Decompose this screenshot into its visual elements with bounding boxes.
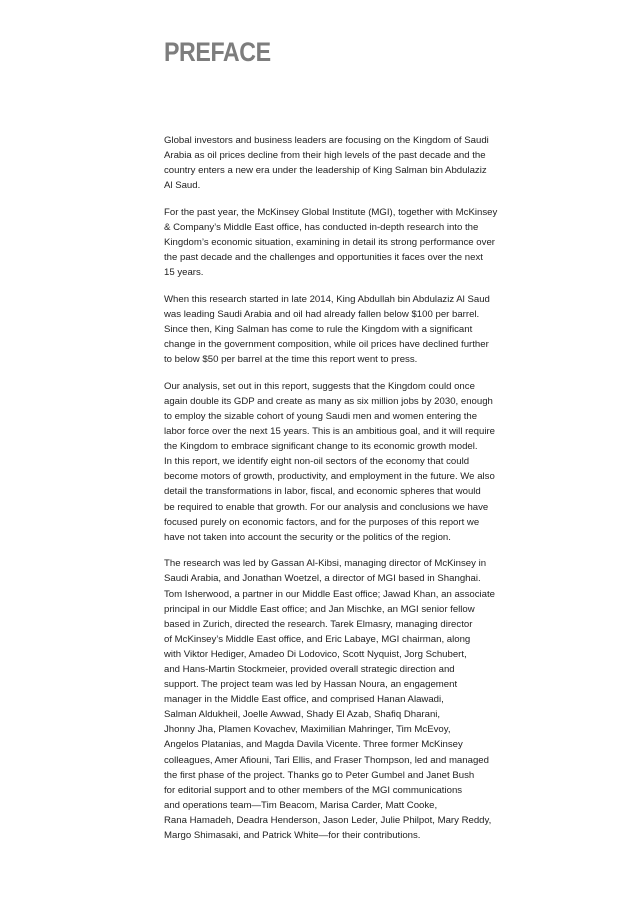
text-line: Margo Shimasaki, and Patrick White—for t… [164, 828, 524, 843]
text-line: Kingdom’s economic situation, examining … [164, 235, 524, 250]
text-line: for editorial support and to other membe… [164, 783, 524, 798]
text-line: manager in the Middle East office, and c… [164, 692, 524, 707]
paragraph-5: The research was led by Gassan Al-Kibsi,… [164, 556, 524, 843]
text-line: support. The project team was led by Has… [164, 677, 524, 692]
text-line: to below $50 per barrel at the time this… [164, 352, 524, 367]
text-line: Al Saud. [164, 178, 524, 193]
text-line: change in the government composition, wh… [164, 337, 524, 352]
text-line: Global investors and business leaders ar… [164, 133, 524, 148]
text-line: Tom Isherwood, a partner in our Middle E… [164, 587, 524, 602]
text-line: colleagues, Amer Afiouni, Tari Ellis, an… [164, 753, 524, 768]
text-line: & Company’s Middle East office, has cond… [164, 220, 524, 235]
text-line: 15 years. [164, 265, 524, 280]
paragraph-2: For the past year, the McKinsey Global I… [164, 205, 524, 280]
text-line: Angelos Platanias, and Magda Davila Vice… [164, 737, 524, 752]
text-line: focused purely on economic factors, and … [164, 515, 524, 530]
text-line: The research was led by Gassan Al-Kibsi,… [164, 556, 524, 571]
text-line: and operations team—Tim Beacom, Marisa C… [164, 798, 524, 813]
text-line: was leading Saudi Arabia and oil had alr… [164, 307, 524, 322]
text-line: become motors of growth, productivity, a… [164, 469, 524, 484]
paragraph-1: Global investors and business leaders ar… [164, 133, 524, 193]
text-line: country enters a new era under the leade… [164, 163, 524, 178]
text-line: labor force over the next 15 years. This… [164, 424, 524, 439]
text-line: Saudi Arabia, and Jonathan Woetzel, a di… [164, 571, 524, 586]
paragraph-3: When this research started in late 2014,… [164, 292, 524, 367]
preface-body: Global investors and business leaders ar… [164, 133, 524, 855]
paragraph-4: Our analysis, set out in this report, su… [164, 379, 524, 545]
text-line: be required to enable that growth. For o… [164, 500, 524, 515]
text-line: the past decade and the challenges and o… [164, 250, 524, 265]
text-line: to employ the sizable cohort of young Sa… [164, 409, 524, 424]
text-line: the Kingdom to embrace significant chang… [164, 439, 524, 454]
text-line: Our analysis, set out in this report, su… [164, 379, 524, 394]
text-line: detail the transformations in labor, fis… [164, 484, 524, 499]
text-line: For the past year, the McKinsey Global I… [164, 205, 524, 220]
page-title: PREFACE [164, 36, 271, 68]
text-line: with Viktor Hediger, Amadeo Di Lodovico,… [164, 647, 524, 662]
text-line: Rana Hamadeh, Deadra Henderson, Jason Le… [164, 813, 524, 828]
text-line: Jhonny Jha, Plamen Kovachev, Maximilian … [164, 722, 524, 737]
text-line: Arabia as oil prices decline from their … [164, 148, 524, 163]
text-line: principal in our Middle East office; and… [164, 602, 524, 617]
text-line: have not taken into account the security… [164, 530, 524, 545]
text-line: the first phase of the project. Thanks g… [164, 768, 524, 783]
text-line: Since then, King Salman has come to rule… [164, 322, 524, 337]
text-line: Salman Aldukheil, Joelle Awwad, Shady El… [164, 707, 524, 722]
text-line: In this report, we identify eight non-oi… [164, 454, 524, 469]
text-line: based in Zurich, directed the research. … [164, 617, 524, 632]
text-line: and Hans-Martin Stockmeier, provided ove… [164, 662, 524, 677]
text-line: of McKinsey’s Middle East office, and Er… [164, 632, 524, 647]
text-line: again double its GDP and create as many … [164, 394, 524, 409]
text-line: When this research started in late 2014,… [164, 292, 524, 307]
